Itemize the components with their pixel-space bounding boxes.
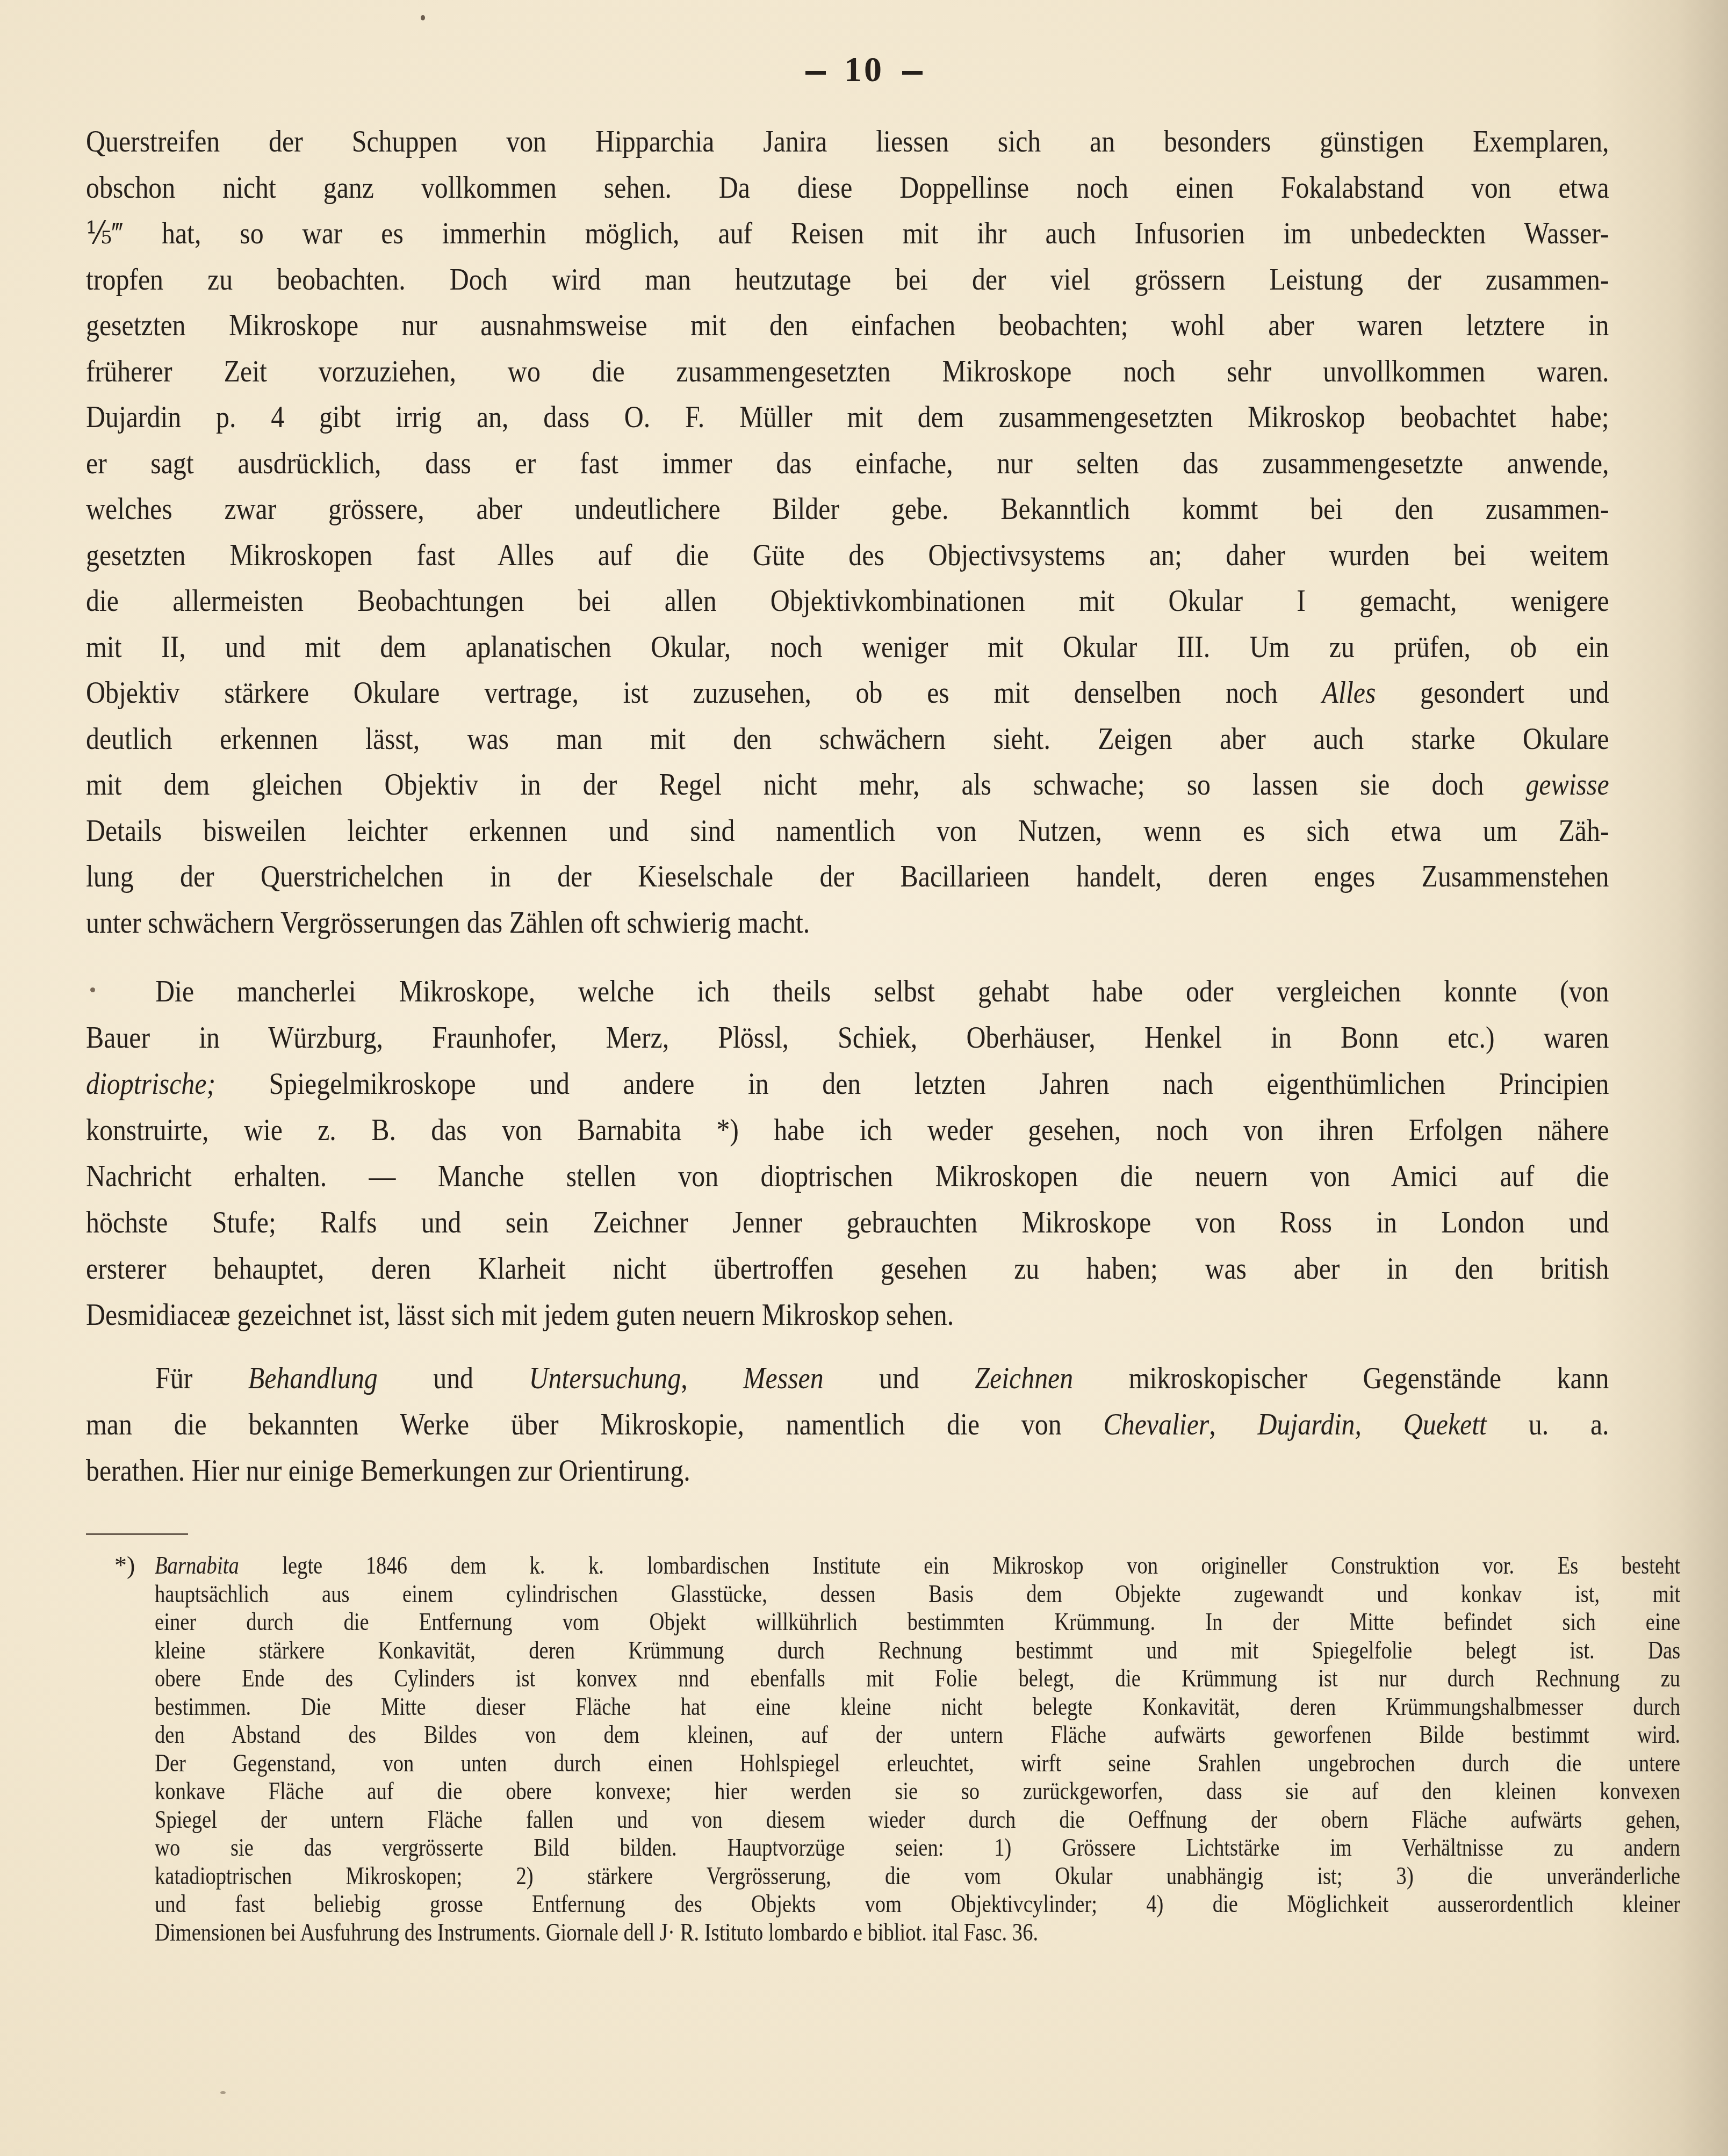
text-run: , (1209, 1407, 1257, 1441)
text-run: und (824, 1360, 975, 1395)
emphasized-text: Chevalier (1103, 1407, 1209, 1441)
dash-left (805, 71, 826, 75)
emphasized-text: Alles (1322, 675, 1376, 710)
text-line: welches zwar grössere, aber undeutlicher… (86, 490, 1609, 528)
text-line: Nachricht erhalten. — Manche stellen von… (86, 1157, 1609, 1195)
page-number: 10 (844, 50, 884, 89)
text-run: berathen. Hier nur einige Bemerkungen zu… (86, 1453, 690, 1488)
text-run: mikroskopischer Gegenstände kann (1073, 1360, 1609, 1395)
text-line: Details bisweilen leichter erkennen und … (86, 812, 1609, 849)
emphasized-text: Untersuchung (529, 1360, 681, 1395)
text-line: unter schwächern Vergrösserungen das Zäh… (86, 904, 1609, 941)
text-line: gesetzten Mikroskope nur ausnahmsweise m… (86, 306, 1609, 344)
ink-speck (90, 987, 95, 992)
footnote-line: bestimmen. Die Mitte dieser Fläche hat e… (155, 1693, 1680, 1721)
ink-speck (421, 15, 425, 20)
text-line: ⅕‴ hat, so war es immerhin möglich, auf … (86, 214, 1609, 252)
text-line: konstruirte, wie z. B. das von Barnabita… (86, 1111, 1609, 1149)
footnote-line: den Abstand des Bildes von dem kleinen, … (155, 1721, 1680, 1749)
text-line: obschon nicht ganz vollkommen sehen. Da … (86, 169, 1609, 206)
book-page: 10 Querstreifen der Schuppen von Hipparc… (0, 0, 1728, 2156)
text-line: ersterer behauptet, deren Klarheit nicht… (86, 1250, 1609, 1287)
emphasized-text: Zeichnen (975, 1360, 1073, 1395)
emphasized-text: Quekett (1403, 1407, 1487, 1441)
text-line: Für Behandlung und Untersuchung, Messen … (86, 1359, 1609, 1397)
text-line: tropfen zu beobachten. Doch wird man heu… (86, 261, 1609, 298)
emphasized-text: gewisse (1525, 767, 1609, 802)
footnote-separator-rule (86, 1533, 188, 1535)
text-line: mit II, und mit dem aplanatischen Okular… (86, 628, 1609, 666)
text-run: Für (155, 1360, 248, 1395)
footnote-line: und fast beliebig grosse Entfernung des … (155, 1890, 1680, 1918)
text-line: die allermeisten Beobachtungen bei allen… (86, 582, 1609, 619)
text-line: Dujardin p. 4 gibt irrig an, dass O. F. … (86, 398, 1609, 436)
emphasized-text: Dujardin, (1257, 1407, 1362, 1441)
footnote-line: kleine stärkere Konkavität, deren Krümmu… (155, 1636, 1680, 1664)
dash-right (902, 71, 923, 75)
text-run: u. a. (1487, 1407, 1609, 1441)
page-number-header: 10 (0, 49, 1728, 90)
text-line: Bauer in Würzburg, Fraunhofer, Merz, Plö… (86, 1019, 1609, 1056)
footnote-line: katadioptrischen Mikroskopen; 2) stärker… (155, 1862, 1680, 1890)
text-run: und (378, 1360, 529, 1395)
text-run: , (681, 1360, 743, 1395)
footnote-line: obere Ende des Cylinders ist konvex nnd … (155, 1664, 1680, 1692)
emphasized-text: Messen (743, 1360, 824, 1395)
footnote-line: Dimensionen bei Ausfuhrung des Instrumen… (155, 1919, 1680, 1946)
emphasized-text: Barnabita (155, 1552, 239, 1579)
text-line: Desmidiaceæ gezeichnet ist, lässt sich m… (86, 1296, 1609, 1333)
text-line: gesetzten Mikroskopen fast Alles auf die… (86, 536, 1609, 574)
footnote-marker: *) (114, 1552, 135, 1580)
text-line: Querstreifen der Schuppen von Hipparchia… (86, 122, 1609, 160)
text-run: man die bekannten Werke über Mikroskopie… (86, 1407, 1103, 1441)
text-line: früherer Zeit vorzuziehen, wo die zusamm… (86, 352, 1609, 390)
text-line: Objektiv stärkere Okulare vertrage, ist … (86, 674, 1609, 711)
footnote-line: hauptsächlich aus einem cylindrischen Gl… (155, 1580, 1680, 1608)
text-line: deutlich erkennen lässt, was man mit den… (86, 720, 1609, 758)
text-line: mit dem gleichen Objektiv in der Regel n… (86, 766, 1609, 803)
text-line: dioptrische; Spiegelmikroskope und ander… (86, 1065, 1609, 1102)
footnote-line: Spiegel der untern Fläche fallen und von… (155, 1806, 1680, 1834)
ink-speck (220, 2091, 226, 2094)
text-run (1362, 1407, 1403, 1441)
emphasized-text: Behandlung (248, 1360, 378, 1395)
text-line: Die mancherlei Mikroskope, welche ich th… (86, 972, 1609, 1010)
text-line: er sagt ausdrücklich, dass er fast immer… (86, 444, 1609, 482)
text-line: höchste Stufe; Ralfs und sein Zeichner J… (86, 1203, 1609, 1241)
footnote-line: konkave Fläche auf die obere konvexe; hi… (155, 1777, 1680, 1805)
text-line: man die bekannten Werke über Mikroskopie… (86, 1405, 1609, 1443)
footnote-line: Barnabita legte 1846 dem k. k. lombardis… (155, 1552, 1680, 1580)
emphasized-text: dioptrische; (86, 1066, 215, 1101)
footnote-line: Der Gegenstand, von unten durch einen Ho… (155, 1749, 1680, 1777)
text-line: lung der Querstrichelchen in der Kiesels… (86, 857, 1609, 895)
text-line: berathen. Hier nur einige Bemerkungen zu… (86, 1452, 1609, 1489)
footnote-line: wo sie das vergrösserte Bild bilden. Hau… (155, 1834, 1680, 1862)
footnote-line: einer durch die Entfernung vom Objekt wi… (155, 1608, 1680, 1636)
